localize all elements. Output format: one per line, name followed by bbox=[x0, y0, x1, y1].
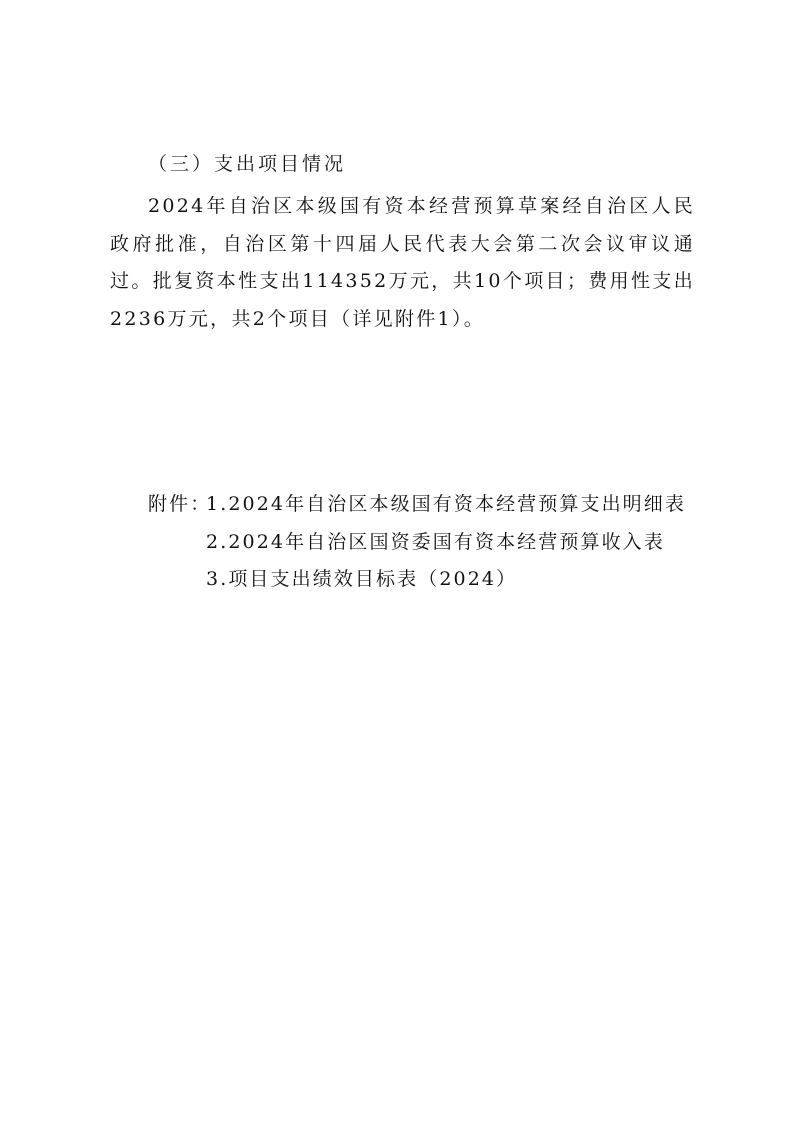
document-page: （三）支出项目情况 2024年自治区本级国有资本经营预算草案经自治区人民政府批准… bbox=[0, 0, 793, 1122]
attachment-item: 1.2024年自治区本级国有资本经营预算支出明细表 bbox=[206, 486, 686, 524]
section-heading: （三）支出项目情况 bbox=[148, 150, 346, 178]
attachment-row-3: 3.项目支出绩效目标表（2024） bbox=[148, 561, 686, 599]
attachment-row-2: 2.2024年自治区国资委国有资本经营预算收入表 bbox=[148, 524, 686, 562]
attachments-list: 附件： 1.2024年自治区本级国有资本经营预算支出明细表 2.2024年自治区… bbox=[148, 486, 686, 599]
attachments-label: 附件： bbox=[148, 486, 206, 524]
attachment-row-1: 附件： 1.2024年自治区本级国有资本经营预算支出明细表 bbox=[148, 486, 686, 524]
attachment-item: 2.2024年自治区国资委国有资本经营预算收入表 bbox=[206, 524, 665, 562]
section-paragraph: 2024年自治区本级国有资本经营预算草案经自治区人民政府批准，自治区第十四届人民… bbox=[110, 188, 695, 338]
attachment-item: 3.项目支出绩效目标表（2024） bbox=[206, 561, 517, 599]
